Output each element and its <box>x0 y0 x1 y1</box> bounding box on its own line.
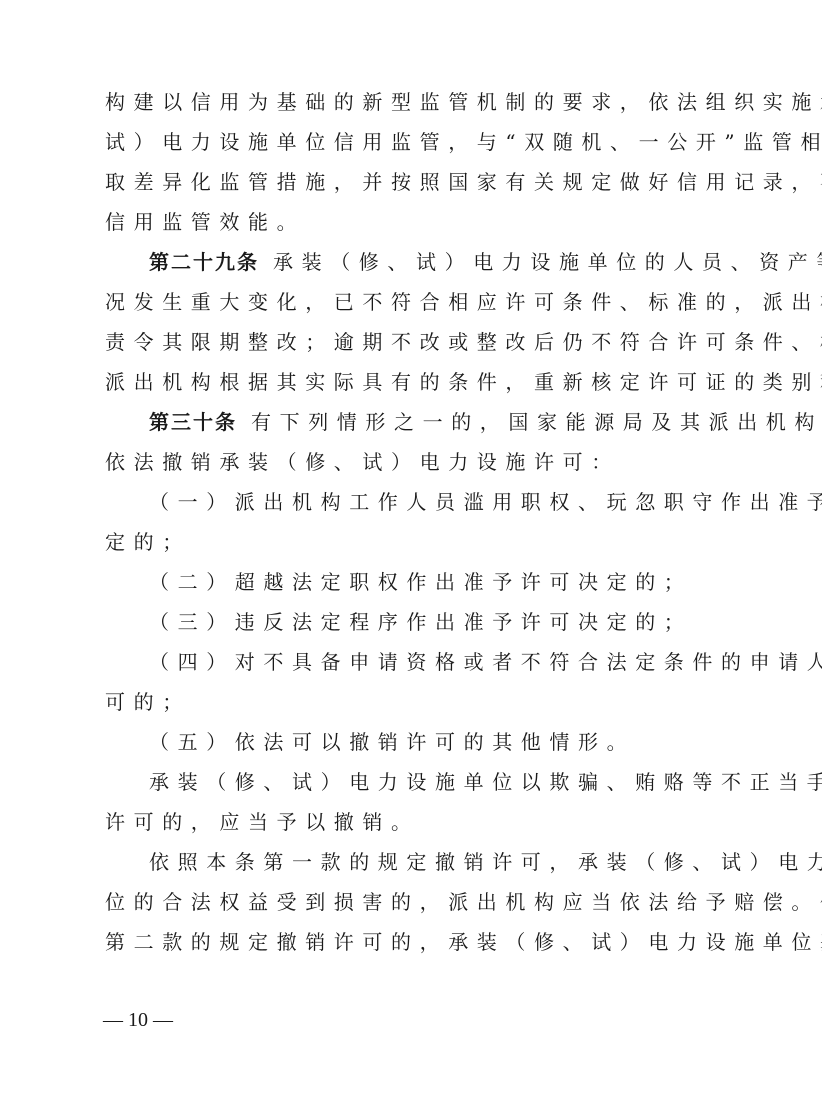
document-page: 构建以信用为基础的新型监管机制的要求，依法组织实施承装（修、 试）电力设施单位信… <box>105 82 717 962</box>
article-29-first-line: 第二十九条承装（修、试）电力设施单位的人员、资产等情 <box>105 242 717 282</box>
page-number: — 10 — <box>103 1009 173 1032</box>
text-line: 依法撤销承装（修、试）电力设施许可： <box>105 442 717 482</box>
article-30-first-line: 第三十条有下列情形之一的，国家能源局及其派出机构可以 <box>105 402 717 442</box>
text-line: 取差异化监管措施，并按照国家有关规定做好信用记录，不断提升 <box>105 162 717 202</box>
article-29-title: 第二十九条 <box>149 250 259 274</box>
text-span: 承装（修、试）电力设施单位的人员、资产等情 <box>273 250 822 274</box>
article-30-title: 第三十条 <box>149 410 237 434</box>
list-item-5: （五）依法可以撤销许可的其他情形。 <box>105 722 717 762</box>
text-line: 构建以信用为基础的新型监管机制的要求，依法组织实施承装（修、 <box>105 82 717 122</box>
text-line: 责令其限期整改；逾期不改或整改后仍不符合许可条件、标准的， <box>105 322 717 362</box>
text-span: 有下列情形之一的，国家能源局及其派出机构可以 <box>251 410 822 434</box>
list-item-4: （四）对不具备申请资格或者不符合法定条件的申请人准予许 <box>105 642 717 682</box>
text-line: 信用监管效能。 <box>105 202 717 242</box>
list-item-1: （一）派出机构工作人员滥用职权、玩忽职守作出准予许可决 <box>105 482 717 522</box>
list-item-4-cont: 可的； <box>105 682 717 722</box>
list-item-1-cont: 定的； <box>105 522 717 562</box>
paragraph-2-line-1: 承装（修、试）电力设施单位以欺骗、贿赂等不正当手段取得 <box>105 762 717 802</box>
paragraph-3-line-1: 依照本条第一款的规定撤销许可，承装（修、试）电力设施单 <box>105 842 717 882</box>
list-item-2: （二）超越法定职权作出准予许可决定的； <box>105 562 717 602</box>
text-line: 况发生重大变化，已不符合相应许可条件、标准的，派出机构应当 <box>105 282 717 322</box>
list-item-3: （三）违反法定程序作出准予许可决定的； <box>105 602 717 642</box>
text-line: 派出机构根据其实际具有的条件，重新核定许可证的类别和等级。 <box>105 362 717 402</box>
text-line: 试）电力设施单位信用监管，与“双随机、一公开”监管相结合，采 <box>105 122 717 162</box>
paragraph-3-line-3: 第二款的规定撤销许可的，承装（修、试）电力设施单位基于许可 <box>105 922 717 962</box>
paragraph-2-line-2: 许可的，应当予以撤销。 <box>105 802 717 842</box>
paragraph-3-line-2: 位的合法权益受到损害的，派出机构应当依法给予赔偿。依照本条 <box>105 882 717 922</box>
